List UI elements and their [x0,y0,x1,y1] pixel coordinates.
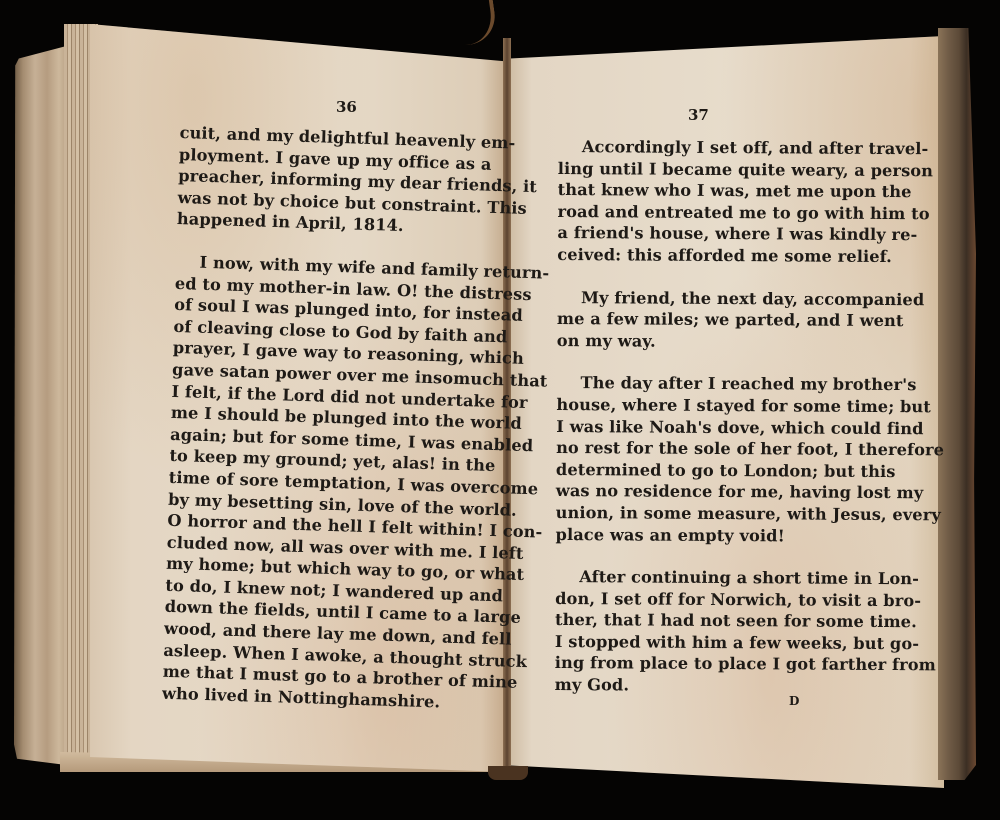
spine-headband [488,766,528,780]
text-line: my God. [555,674,855,697]
paragraph: cuit, and my delightful heavenly em- plo… [177,122,494,240]
text-line: no rest for the sole of her foot, I ther… [556,437,856,460]
text-line: that knew who I was, met me upon the [558,179,858,202]
text-line: ther, that I had not seen for some time. [555,609,855,632]
text-line: on my way. [557,330,857,353]
text-line: road and entreated me to go with him to [557,201,857,224]
right-page-stack [938,28,976,780]
text-line: My friend, the next day, accompanied [557,287,857,310]
bookmark-string [459,0,499,45]
signature-mark: D [789,694,799,708]
right-page-text: Accordingly I set off, and after travel-… [555,136,858,697]
text-line: The day after I reached my brother's [556,372,856,395]
left-page-text: cuit, and my delightful heavenly em- plo… [162,122,494,714]
text-line: a friend's house, where I was kindly re- [557,222,857,245]
text-line: I stopped with him a few weeks, but go- [555,631,855,654]
paragraph: My friend, the next day, accompanied me … [557,287,857,354]
paragraph: Accordingly I set off, and after travel-… [557,136,858,267]
text-line: ing from place to place I got farther fr… [555,652,855,675]
text-line: Accordingly I set off, and after travel- [558,136,858,159]
text-line: place was an empty void! [556,523,856,546]
paragraph: The day after I reached my brother's hou… [556,372,857,547]
page-number-right: 37 [688,106,709,124]
text-line: house, where I stayed for some time; but [556,394,856,417]
paragraph: I now, with my wife and family return- e… [162,251,490,714]
text-line: ceived: this afforded me some relief. [557,244,857,267]
text-line: ling until I became quite weary, a perso… [558,158,858,181]
text-line: don, I set off for Norwich, to visit a b… [555,588,855,611]
paragraph: After continuing a short time in Lon- do… [555,566,856,697]
text-line: After continuing a short time in Lon- [555,566,855,589]
text-line: me a few miles; we parted, and I went [557,308,857,331]
text-line: I was like Noah's dove, which could find [556,416,856,439]
text-line: was no residence for me, having lost my [556,480,856,503]
text-line: union, in some measure, with Jesus, ever… [556,502,856,525]
book-photograph: 36 cuit, and my delightful heavenly em- … [0,0,1000,820]
text-line: determined to go to London; but this [556,459,856,482]
page-number-left: 36 [336,98,357,116]
